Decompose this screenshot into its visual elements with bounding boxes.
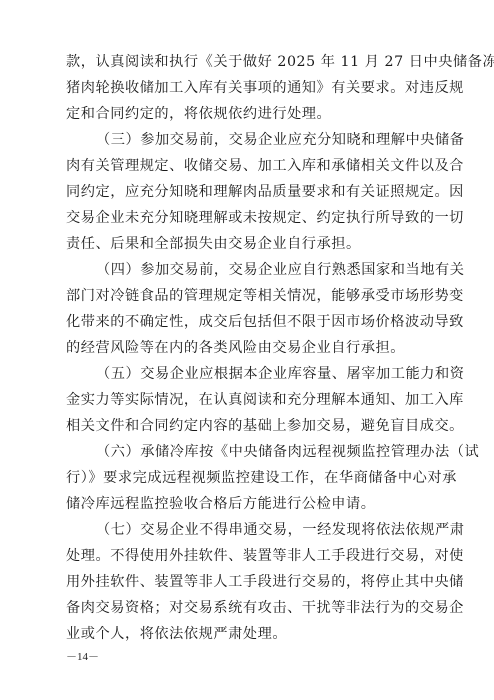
paragraph-item-6-first-line: （六）承储冷库按《中央储备肉远程视频监控管理办法（试 [66,439,428,465]
text-line: 化带来的不确定性，成交后包括但不限于因市场价格波动导致 [66,309,428,335]
text-line: 业或个人，将依法依规严肃处理。 [66,621,428,647]
text-line: 部门对冷链食品的管理规定等相关情况，能够承受市场形势变 [66,283,428,309]
text-line: 处理。不得使用外挂软件、装置等非人工手段进行交易，对使 [66,543,428,569]
document-page: 款，认真阅读和执行《关于做好 2025 年 11 月 27 日中央储备冻 猪肉轮… [0,0,494,700]
text-line: 责任、后果和全部损失由交易企业自行承担。 [66,231,428,257]
text-line: 猪肉轮换收储加工入库有关事项的通知》有关要求。对违反规 [66,75,428,101]
text-line: 同约定，应充分知晓和理解肉品质量要求和有关证照规定。因 [66,179,428,205]
text-line: 肉有关管理规定、收储交易、加工入库和承储相关文件以及合 [66,153,428,179]
text-line: 行）》要求完成远程视频监控建设工作，在华商储备中心对承 [66,465,428,491]
paragraph-item-7-first-line: （七）交易企业不得串通交易，一经发现将依法依规严肃 [66,517,428,543]
text-line: 备肉交易资格；对交易系统有攻击、干扰等非法行为的交易企 [66,595,428,621]
paragraph-item-3-first-line: （三）参加交易前，交易企业应充分知晓和理解中央储备 [66,127,428,153]
text-line: 款，认真阅读和执行《关于做好 2025 年 11 月 27 日中央储备冻 [66,49,428,75]
text-line: 储冷库远程监控验收合格后方能进行公检申请。 [66,491,428,517]
document-body: 款，认真阅读和执行《关于做好 2025 年 11 月 27 日中央储备冻 猪肉轮… [66,49,428,647]
text-line: 用外挂软件、装置等非人工手段进行交易的，将停止其中央储 [66,569,428,595]
text-line: 的经营风险等在内的各类风险由交易企业自行承担。 [66,335,428,361]
paragraph-item-4-first-line: （四）参加交易前，交易企业应自行熟悉国家和当地有关 [66,257,428,283]
text-line: 交易企业未充分知晓理解或未按规定、约定执行所导致的一切 [66,205,428,231]
page-number: －14－ [66,650,99,664]
text-line: 定和合同约定的，将依规依约进行处理。 [66,101,428,127]
paragraph-item-5-first-line: （五）交易企业应根据本企业库容量、屠宰加工能力和资 [66,361,428,387]
text-line: 金实力等实际情况，在认真阅读和充分理解本通知、加工入库 [66,387,428,413]
text-line: 相关文件和合同约定内容的基础上参加交易，避免盲目成交。 [66,413,428,439]
